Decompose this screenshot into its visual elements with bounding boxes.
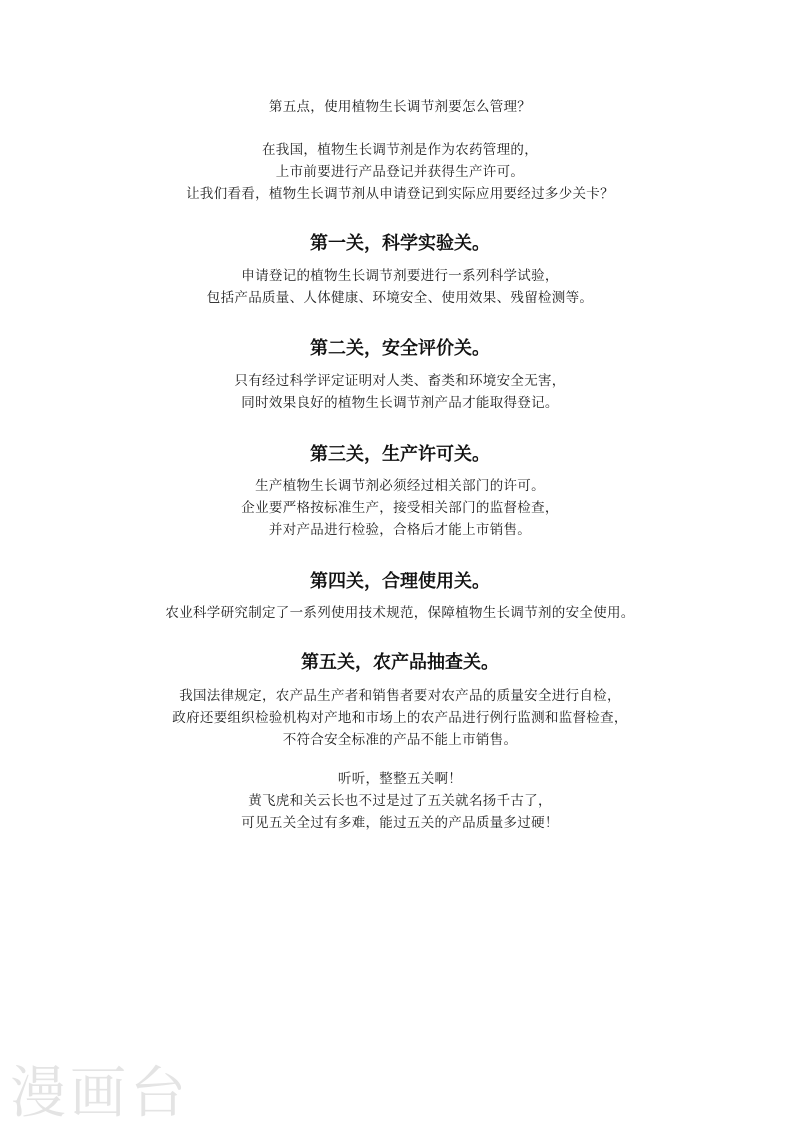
closing-line: 听听，整整五关啊！ [0, 769, 800, 789]
section-5-line: 我国法律规定，农产品生产者和销售者要对农产品的质量安全进行自检， [0, 686, 800, 706]
section-title-4: 第四关，合理使用关。 [0, 570, 800, 594]
section-title-3: 第三关，生产许可关。 [0, 443, 800, 467]
section-3-line: 生产植物生长调节剂必须经过相关部门的许可。 [0, 476, 800, 496]
watermark-logo: 漫画台 [10, 1062, 190, 1126]
section-5-line: 政府还要组织检验机构对产地和市场上的农产品进行例行监测和监督检查， [0, 708, 800, 728]
section-2-line: 同时效果良好的植物生长调节剂产品才能取得登记。 [0, 393, 800, 413]
section-title-2: 第二关，安全评价关。 [0, 337, 800, 361]
section-5-line: 不符合安全标准的产品不能上市销售。 [0, 730, 800, 750]
intro-line: 让我们看看，植物生长调节剂从申请登记到实际应用要经过多少关卡？ [0, 184, 800, 204]
intro-line: 上市前要进行产品登记并获得生产许可。 [0, 162, 800, 182]
intro-question: 第五点，使用植物生长调节剂要怎么管理？ [0, 97, 800, 117]
section-1-line: 包括产品质量、人体健康、环境安全、使用效果、残留检测等。 [0, 288, 800, 308]
section-title-5: 第五关，农产品抽查关。 [0, 651, 800, 675]
section-1-line: 申请登记的植物生长调节剂要进行一系列科学试验， [0, 266, 800, 286]
section-3-line: 并对产品进行检验，合格后才能上市销售。 [0, 520, 800, 540]
section-title-1: 第一关，科学实验关。 [0, 232, 800, 256]
closing-line: 黄飞虎和关云长也不过是过了五关就名扬千古了， [0, 791, 800, 811]
section-4-line: 农业科学研究制定了一系列使用技术规范，保障植物生长调节剂的安全使用。 [0, 603, 800, 623]
closing-line: 可见五关全过有多难，能过五关的产品质量多过硬！ [0, 813, 800, 833]
section-2-line: 只有经过科学评定证明对人类、畜类和环境安全无害， [0, 371, 800, 391]
section-3-line: 企业要严格按标准生产，接受相关部门的监督检查， [0, 498, 800, 518]
intro-line: 在我国，植物生长调节剂是作为农药管理的， [0, 140, 800, 160]
